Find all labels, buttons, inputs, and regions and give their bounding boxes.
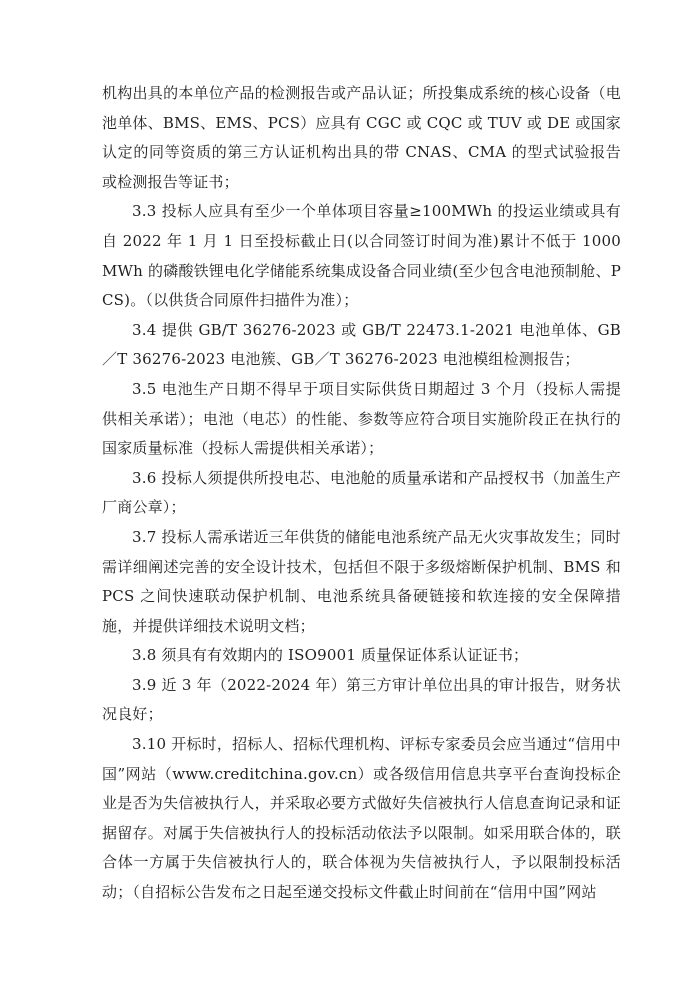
paragraph-clause-3-5: 3.5 电池生产日期不得早于项目实际供货日期超过 3 个月（投标人需提供相关承诺…: [102, 375, 621, 464]
paragraph-clause-3-10: 3.10 开标时，招标人、招标代理机构、评标专家委员会应当通过“信用中国”网站（…: [102, 730, 621, 908]
paragraph-clause-3-7: 3.7 投标人需承诺近三年供货的储能电池系统产品无火灾事故发生；同时需详细阐述完…: [102, 523, 621, 641]
paragraph-clause-3-6: 3.6 投标人须提供所投电芯、电池舱的质量承诺和产品授权书（加盖生产厂商公章）；: [102, 464, 621, 523]
paragraph-clause-3-9: 3.9 近 3 年（2022-2024 年）第三方审计单位出具的审计报告，财务状…: [102, 671, 621, 730]
paragraph-clause-3-4: 3.4 提供 GB/T 36276-2023 或 GB/T 22473.1-20…: [102, 316, 621, 375]
paragraph-clause-3-8: 3.8 须具有有效期内的 ISO9001 质量保证体系认证证书；: [102, 641, 621, 671]
document-page: 机构出具的本单位产品的检测报告或产品认证；所投集成系统的核心设备（电池单体、BM…: [0, 0, 700, 989]
paragraph-continuation: 机构出具的本单位产品的检测报告或产品认证；所投集成系统的核心设备（电池单体、BM…: [102, 79, 621, 197]
paragraph-clause-3-3: 3.3 投标人应具有至少一个单体项目容量≥100MWh 的投运业绩或具有自 20…: [102, 197, 621, 315]
document-text-block: 机构出具的本单位产品的检测报告或产品认证；所投集成系统的核心设备（电池单体、BM…: [102, 79, 621, 908]
